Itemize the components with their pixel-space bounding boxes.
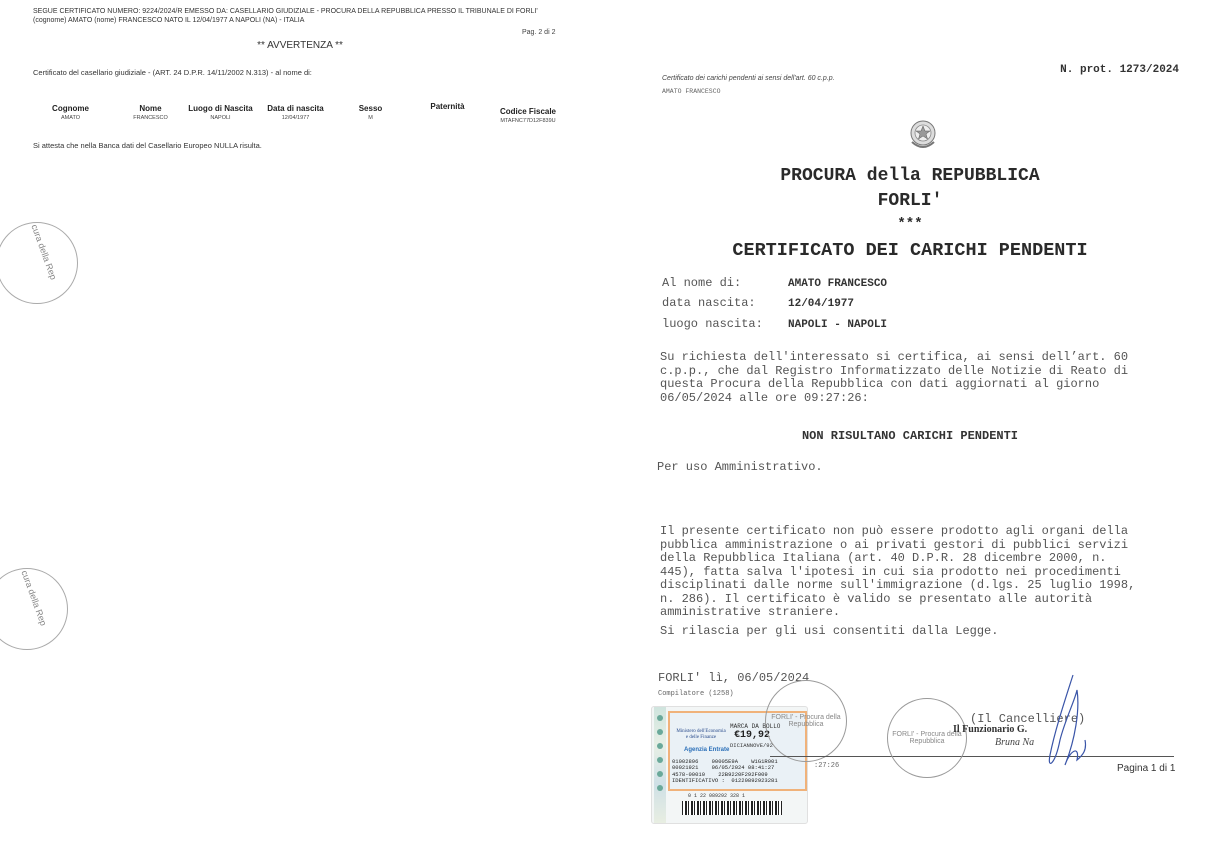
page-indicator: Pag. 2 di 2 xyxy=(522,29,555,36)
certificate-line: Certificato del casellario giudiziale - … xyxy=(33,68,312,77)
field-value: NAPOLI - NAPOLI xyxy=(788,319,887,331)
request-paragraph: Su richiesta dell'interessato si certifi… xyxy=(660,351,1170,405)
field-value: AMATO FRANCESCO xyxy=(788,278,887,290)
office-city: FORLI' xyxy=(645,191,1175,211)
column-value: 12/04/1977 xyxy=(258,115,333,121)
partial-stamp-bottom: cura della Rep xyxy=(0,568,68,650)
result-statement: NON RISULTANO CARICHI PENDENTI xyxy=(645,429,1175,443)
field-value: 12/04/1977 xyxy=(788,298,854,310)
notice-paragraph: Il presente certificato non può essere p… xyxy=(660,525,1170,620)
column-value: FRANCESCO xyxy=(113,115,188,121)
column-codice-fiscale: Codice Fiscale MTAFNC77D12F839U xyxy=(488,107,568,124)
column-nome: Nome FRANCESCO xyxy=(113,104,188,121)
usage-statement: Per uso Amministrativo. xyxy=(657,460,823,474)
release-statement: Si rilascia per gli usi consentiti dalla… xyxy=(660,624,998,638)
official-stamp-right: FORLI' - Procura della Repubblica xyxy=(887,698,967,778)
stamp-text: cura della Rep xyxy=(29,223,58,281)
certificate-page-2: SEGUE CERTIFICATO NUMERO: 9224/2024/R EM… xyxy=(0,0,605,849)
field-name: Al nome di:AMATO FRANCESCO xyxy=(662,276,887,290)
stamp-text: cura della Rep xyxy=(19,569,48,627)
attestation-text: Si attesta che nella Banca dati del Case… xyxy=(33,141,262,150)
time-fragment: :27:26 xyxy=(814,762,839,770)
certificate-subtitle: Certificato dei carichi pendenti ai sens… xyxy=(662,75,835,82)
column-sesso: Sesso M xyxy=(333,104,408,121)
field-birth-date: data nascita:12/04/1977 xyxy=(662,296,854,310)
barcode xyxy=(682,801,782,815)
official-stamp-left: FORLI' - Procura della Repubblica xyxy=(765,680,847,762)
italian-republic-emblem-icon xyxy=(908,118,938,152)
column-header: Sesso xyxy=(333,104,408,113)
column-value: NAPOLI xyxy=(183,115,258,121)
stamp-codes: 01002896 00005E9A W1G1R001 00021921 06/0… xyxy=(672,759,778,784)
column-luogo-nascita: Luogo di Nascita NAPOLI xyxy=(183,104,258,121)
stamp-amount-words: DICIANNOVE/92 xyxy=(730,742,773,749)
hologram-strip xyxy=(654,707,666,823)
place-date: FORLI' lì, 06/05/2024 xyxy=(658,671,809,685)
column-header: Cognome xyxy=(33,104,108,113)
title-separator: *** xyxy=(645,216,1175,232)
column-header: Nome xyxy=(113,104,188,113)
barcode-number: 0 1 22 089292 328 1 xyxy=(688,793,745,799)
page-footer: Pagina 1 di 1 xyxy=(1117,763,1175,774)
stamp-text: FORLI' - Procura della Repubblica xyxy=(766,714,846,728)
column-header: Codice Fiscale xyxy=(488,107,568,116)
partial-stamp-top: cura della Rep xyxy=(0,222,78,304)
column-value: AMATO xyxy=(33,115,108,121)
certificate-header: SEGUE CERTIFICATO NUMERO: 9224/2024/R EM… xyxy=(33,7,573,25)
document-title: CERTIFICATO DEI CARICHI PENDENTI xyxy=(645,240,1175,261)
column-paternita: Paternità xyxy=(410,102,485,113)
warning-title: ** AVVERTENZA ** xyxy=(0,40,600,51)
agency-logo: Agenzia Entrate xyxy=(684,747,729,753)
protocol-number: N. prot. 1273/2024 xyxy=(1060,64,1179,76)
field-label: luogo nascita: xyxy=(662,317,788,331)
field-label: data nascita: xyxy=(662,296,788,310)
column-data-nascita: Data di nascita 12/04/1977 xyxy=(258,104,333,121)
ministry-label: Ministero dell'Economia e delle Finanze xyxy=(676,729,726,741)
column-header: Paternità xyxy=(410,102,485,111)
compiler-id: Compilatore (1258) xyxy=(658,690,734,698)
column-header: Luogo di Nascita xyxy=(183,104,258,113)
handwritten-signature-icon xyxy=(1025,670,1095,780)
official-title: Il Funzionario G. xyxy=(953,724,1027,735)
field-birth-place: luogo nascita:NAPOLI - NAPOLI xyxy=(662,317,887,331)
column-cognome: Cognome AMATO xyxy=(33,104,108,121)
pending-charges-certificate: N. prot. 1273/2024 Certificato dei caric… xyxy=(605,0,1206,849)
holder-name-small: AMATO FRANCESCO xyxy=(662,88,721,95)
header-line-1: SEGUE CERTIFICATO NUMERO: 9224/2024/R EM… xyxy=(33,7,573,16)
stamp-amount: €19,92 xyxy=(734,730,770,741)
field-label: Al nome di: xyxy=(662,276,788,290)
column-header: Data di nascita xyxy=(258,104,333,113)
column-value: M xyxy=(333,115,408,121)
signature-line xyxy=(770,756,1174,757)
column-value: MTAFNC77D12F839U xyxy=(488,118,568,124)
header-line-2: (cognome) AMATO (nome) FRANCESCO NATO IL… xyxy=(33,16,573,25)
office-title: PROCURA della REPUBBLICA xyxy=(645,166,1175,186)
